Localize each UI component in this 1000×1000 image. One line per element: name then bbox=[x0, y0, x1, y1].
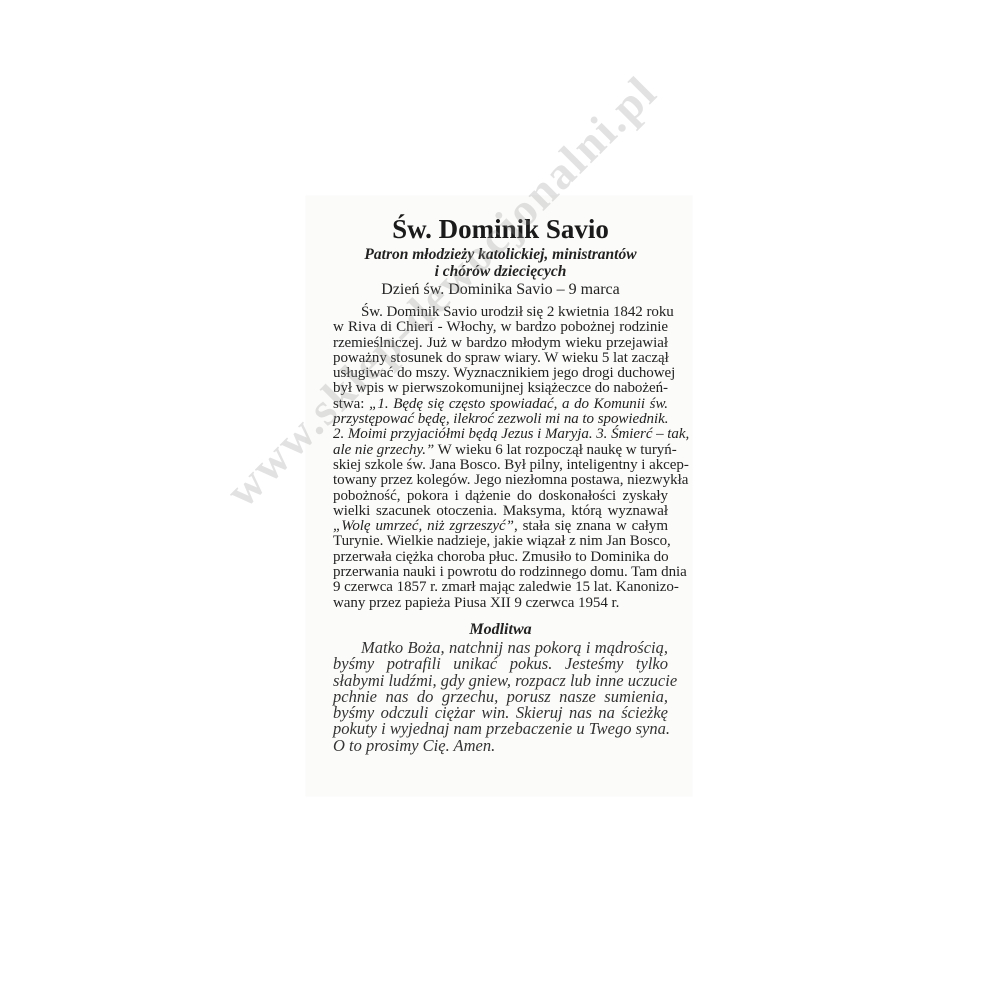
prayer-line: O to prosimy Cię. Amen. bbox=[333, 738, 668, 754]
biography-line: 2. Moimi przyjaciółmi będą Jezus i Maryj… bbox=[333, 427, 668, 442]
biography-line: rzemieślniczej. Już w bardzo młodym wiek… bbox=[333, 336, 668, 351]
subtitle-line: Patron młodzieży katolickiej, ministrant… bbox=[364, 246, 636, 263]
biography-line: wany przez papieża Piusa XII 9 czerwca 1… bbox=[333, 596, 668, 611]
biography-line: Św. Dominik Savio urodził się 2 kwietnia… bbox=[333, 305, 668, 320]
biography-line: „Wolę umrzeć, niż zgrzeszyć”, stała się … bbox=[333, 519, 668, 534]
biography-line: ale nie grzechy.” W wieku 6 lat rozpoczą… bbox=[333, 443, 668, 458]
biography-line: skiej szkole św. Jana Bosco. Był pilny, … bbox=[333, 458, 668, 473]
prayer-text: Matko Boża, natchnij nas pokorą i mądroś… bbox=[333, 640, 668, 754]
biography-line: był wpis w pierwszokomunijnej książeczce… bbox=[333, 381, 668, 396]
biography-line: stwa: „1. Będę się często spowiadać, a d… bbox=[333, 397, 668, 412]
quote-text: przystępować będę, ilekroć zezwoli mi na… bbox=[333, 411, 668, 427]
prayer-card: Św. Dominik Savio Patron młodzieży katol… bbox=[306, 196, 692, 796]
biography-line: poważny stosunek do spraw wiary. W wieku… bbox=[333, 351, 668, 366]
biography-text: Św. Dominik Savio urodził się 2 kwietnia… bbox=[333, 305, 668, 611]
card-subtitle: Patron młodzieży katolickiej, ministrant… bbox=[333, 246, 668, 280]
quote-text: „Wolę umrzeć, niż zgrzeszyć” bbox=[333, 518, 514, 534]
biography-line: wielki szacunek otoczenia. Maksyma, któr… bbox=[333, 504, 668, 519]
biography-line: przerwania nauki i powrotu do rodzinnego… bbox=[333, 565, 668, 580]
biography-line: pobożność, pokora i dążenie do doskonało… bbox=[333, 489, 668, 504]
card-title: Św. Dominik Savio bbox=[333, 204, 668, 244]
biography-line: 9 czerwca 1857 r. zmarł mając zaledwie 1… bbox=[333, 580, 668, 595]
biography-line: przerwała ciężka choroba płuc. Zmusiło t… bbox=[333, 550, 668, 565]
quote-text: „1. Będę się często spowiadać, a do Komu… bbox=[369, 396, 668, 412]
quote-text: 2. Moimi przyjaciółmi będą Jezus i Maryj… bbox=[333, 426, 689, 442]
quote-text: ale nie grzechy.” bbox=[333, 442, 434, 458]
card-content: Św. Dominik Savio Patron młodzieży katol… bbox=[333, 204, 668, 754]
biography-line: w Riva di Chieri - Włochy, w bardzo pobo… bbox=[333, 320, 668, 335]
subtitle-line: i chórów dziecięcych bbox=[435, 263, 567, 280]
biography-line: usługiwać do mszy. Wyznacznikiem jego dr… bbox=[333, 366, 668, 381]
biography-line: towany przez kolegów. Jego niezłomna pos… bbox=[333, 473, 668, 488]
biography-line: Turynie. Wielkie nadzieje, jakie wiązał … bbox=[333, 534, 668, 549]
prayer-title: Modlitwa bbox=[333, 621, 668, 639]
feast-day: Dzień św. Dominika Savio – 9 marca bbox=[333, 281, 668, 299]
